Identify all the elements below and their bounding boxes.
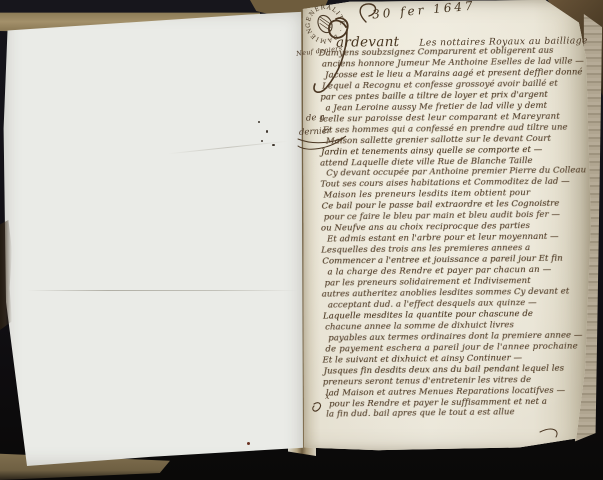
left-page-blank [3, 10, 303, 466]
ink-speck [247, 442, 250, 445]
manuscript-text-block: Damyens soubzsignez Comparurent et oblig… [319, 45, 584, 421]
page-crease [168, 141, 287, 155]
ink-speck [258, 121, 260, 123]
ink-stain-left-edge [0, 220, 12, 330]
page-crease [27, 290, 297, 291]
ink-speck [261, 140, 263, 142]
ink-speck [266, 130, 268, 133]
manuscript-book-scan: GENERALITE · DAMIENS · Neuf deniers 30 f… [0, 0, 603, 480]
ink-speck [272, 144, 275, 146]
